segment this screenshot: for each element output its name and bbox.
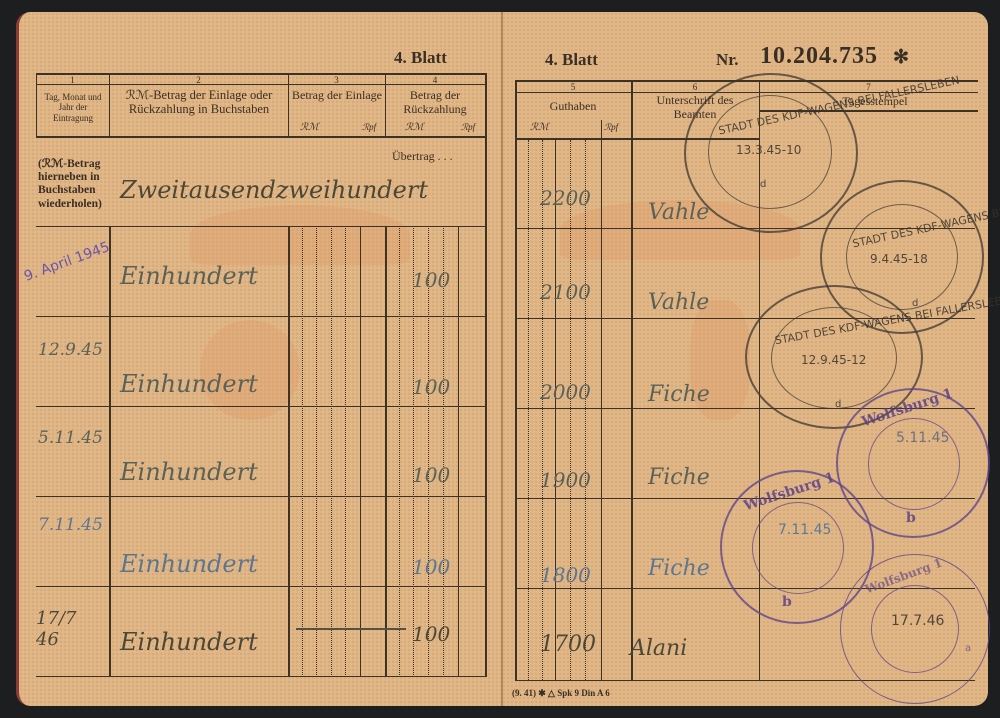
carry-over-words: Zweitausendzweihundert bbox=[120, 176, 428, 204]
col-rule bbox=[515, 80, 517, 681]
row-4-balance: 1900 bbox=[540, 468, 591, 492]
row-1-signature: Vahle bbox=[648, 200, 709, 225]
withdrawal-rm-label: ℛℳ bbox=[405, 122, 424, 134]
digit-guide bbox=[399, 226, 400, 677]
carry-over-label: Übertrag . . . bbox=[392, 150, 453, 164]
col-number: 5 bbox=[515, 82, 631, 92]
row-5-signature: Fiche bbox=[648, 556, 710, 581]
left-sheet-label: 4. Blatt bbox=[394, 48, 447, 68]
row-3-words: Einhundert bbox=[120, 458, 258, 486]
col-number: 3 bbox=[288, 75, 385, 85]
digit-guide bbox=[428, 226, 429, 677]
digit-guide bbox=[302, 226, 303, 677]
row-5-deposit: 100 bbox=[412, 622, 450, 646]
digit-guide bbox=[413, 226, 414, 677]
row-4-signature: Fiche bbox=[648, 465, 710, 490]
row-1-withdrawal: 100 bbox=[412, 268, 450, 292]
col-header-balance: Guthaben bbox=[515, 100, 631, 114]
header-bottom-rule bbox=[36, 136, 486, 138]
digit-guide bbox=[331, 226, 332, 677]
row-rule bbox=[36, 406, 486, 407]
row-2-signature: Vahle bbox=[648, 290, 709, 315]
col-rule bbox=[385, 226, 387, 677]
row-4-withdrawal: 100 bbox=[412, 555, 450, 579]
col-rule bbox=[109, 226, 111, 677]
row-1-words: Einhundert bbox=[120, 262, 258, 290]
wolfsburg-stamp-3: Wolfsburg 1 17.7.46 a bbox=[840, 554, 990, 704]
row-4-words: Einhundert bbox=[120, 550, 258, 578]
row-5-deposit-dash bbox=[296, 628, 406, 630]
row-rule bbox=[36, 226, 486, 227]
rpf-rule bbox=[458, 226, 459, 677]
digit-guide bbox=[443, 226, 444, 677]
row-rule bbox=[36, 496, 486, 497]
row-3-date: 5.11.45 bbox=[38, 428, 98, 448]
digit-guide bbox=[570, 140, 571, 680]
row-5-balance: 1800 bbox=[540, 563, 591, 587]
digit-guide bbox=[542, 140, 543, 680]
row-3-balance: 2000 bbox=[540, 380, 591, 404]
row-3-signature: Fiche bbox=[648, 382, 710, 407]
row-1-balance: 2200 bbox=[540, 186, 591, 210]
balance-rm-label: ℛℳ bbox=[530, 122, 549, 134]
watermark-eagle-left bbox=[190, 205, 410, 265]
postmark-stamp-1: STADT DES KDF-WAGENS BEI FALLERSLEBEN 13… bbox=[684, 73, 858, 233]
rpf-rule bbox=[360, 226, 361, 677]
col-header-withdrawal: Betrag der Rückzahlung bbox=[387, 89, 483, 117]
row-2-balance: 2100 bbox=[540, 280, 591, 304]
row-2-date: 12.9.45 bbox=[38, 340, 98, 360]
repeat-in-words-note: (ℛℳ-Betrag hierneben in Buchstaben wiede… bbox=[38, 158, 108, 211]
digit-guide bbox=[345, 226, 346, 677]
book-spine bbox=[501, 12, 503, 706]
print-code: (9. 41) ✱ △ Spk 9 Din A 6 bbox=[512, 688, 610, 699]
col-number: 4 bbox=[385, 75, 485, 85]
row-rule bbox=[36, 316, 486, 317]
digit-guide bbox=[528, 140, 529, 680]
table-bottom-rule bbox=[36, 676, 486, 677]
row-6-signature: Alani bbox=[630, 636, 687, 661]
balance-rpf-label: ℛpf bbox=[604, 122, 618, 132]
col-header-deposit: Betrag der Einlage bbox=[290, 89, 384, 103]
withdrawal-rpf-label: ℛpf bbox=[461, 122, 475, 132]
deposit-rm-label: ℛℳ bbox=[300, 122, 319, 134]
number-label: Nr. bbox=[716, 50, 739, 70]
col-rule bbox=[555, 140, 556, 680]
row-5-words: Einhundert bbox=[120, 628, 258, 656]
row-4-date: 7.11.45 bbox=[38, 515, 98, 535]
row-2-words: Einhundert bbox=[120, 370, 258, 398]
digit-guide bbox=[316, 226, 317, 677]
row-6-balance: 1700 bbox=[540, 632, 596, 657]
account-number: 10.204.735 bbox=[760, 43, 878, 70]
row-3-withdrawal: 100 bbox=[412, 463, 450, 487]
deposit-rpf-label: ℛpf bbox=[362, 122, 376, 132]
digit-guide bbox=[585, 140, 586, 680]
col-header-date: Tag, Monat und Jahr der Eintragung bbox=[38, 92, 108, 123]
right-sheet-label: 4. Blatt bbox=[545, 50, 598, 70]
row-2-withdrawal: 100 bbox=[412, 375, 450, 399]
col-rule bbox=[631, 80, 633, 681]
page-right-rule bbox=[485, 73, 487, 677]
col-number: 1 bbox=[36, 75, 109, 85]
col-number: 2 bbox=[109, 75, 288, 85]
star-mark-icon: ✻ bbox=[893, 46, 909, 69]
rpf-rule bbox=[601, 120, 602, 680]
col-header-amount-words: ℛℳ-Betrag der Einlage oder Rückzahlung i… bbox=[112, 88, 286, 117]
row-rule bbox=[36, 586, 486, 587]
row-5-date: 17/7 46 bbox=[36, 608, 96, 650]
col-rule bbox=[288, 226, 290, 677]
